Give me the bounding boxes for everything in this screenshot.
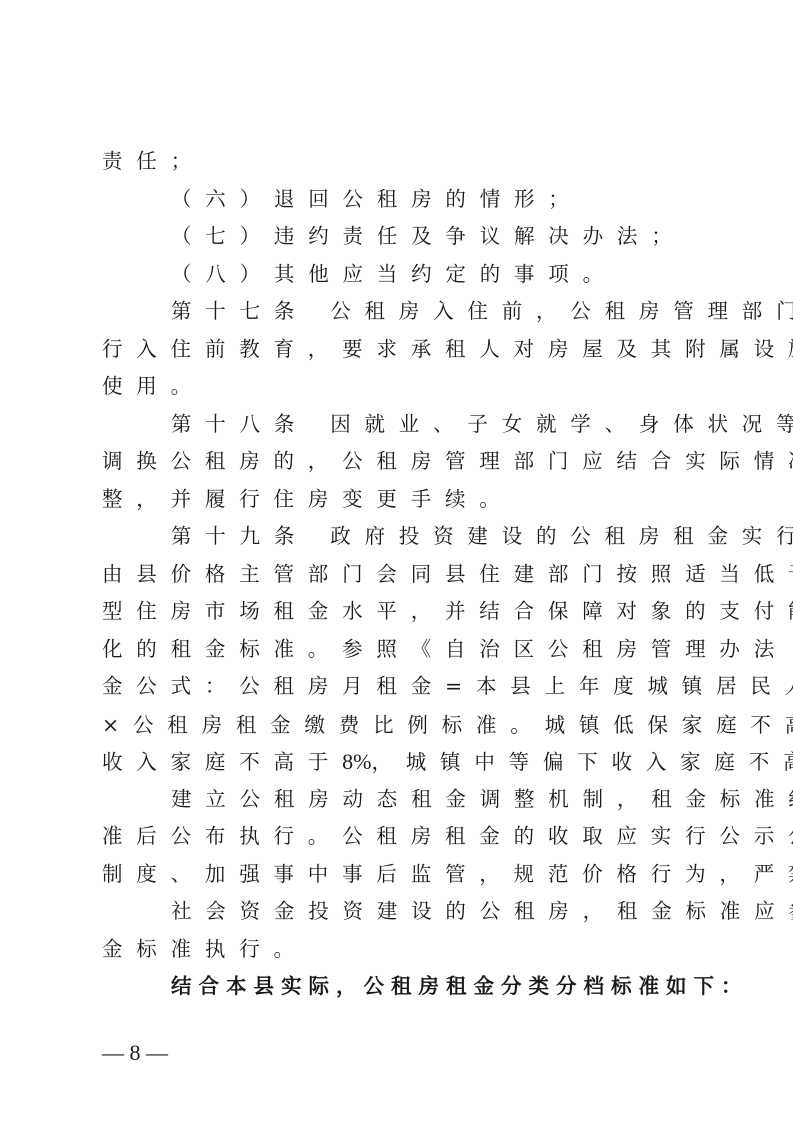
social-capital-line-1: 社会资金投资建设的公租房，租金标准应参照本办法的租 [102, 893, 692, 931]
percent-value: 8% [342, 749, 371, 774]
article-17-heading: 第十七条 [171, 299, 308, 323]
article-17-line-1: 第十七条公租房入住前，公租房管理部门须对承租人进 [102, 293, 692, 331]
dynamic-rent-line-3: 制度、加强事中事后监管，规范价格行为，严禁违法收费。 [102, 856, 692, 894]
page-number: — 8 — [102, 1040, 168, 1066]
article-18-line-3: 整，并履行住房变更手续。 [102, 481, 692, 519]
article-19-line-7: 收入家庭不高于8%，城镇中等偏下收入家庭不高于12%。 [102, 743, 692, 781]
article-19-line-5: 金公式：公租房月租金=本县上年度城镇居民人均可支配月收入 [102, 668, 692, 706]
article-19-line-1: 第十九条政府投资建设的公租房租金实行政府指导价， [102, 518, 692, 556]
article-18-line-1: 第十八条因就业、子女就学、身体状况等特殊原因需要 [102, 406, 692, 444]
article-17-line-3: 使用。 [102, 368, 692, 406]
list-item-8: （八）其他应当约定的事项。 [102, 256, 692, 294]
article-18-heading: 第十八条 [171, 412, 308, 436]
list-item-7: （七）违约责任及争议解决办法； [102, 218, 692, 256]
text-line: 责任； [102, 143, 692, 181]
bold-statement: 结合本县实际，公租房租金分类分档标准如下： [102, 968, 692, 1006]
article-19-line-2: 由县价格主管部门会同县住建部门按照适当低于同地段、同类 [102, 556, 692, 594]
document-page: 责任； （六）退回公租房的情形； （七）违约责任及争议解决办法； （八）其他应当… [102, 143, 692, 1006]
article-18-line-2: 调换公租房的，公租房管理部门应结合实际情况予以支持和调 [102, 443, 692, 481]
article-17-line-2: 行入住前教育，要求承租人对房屋及其附属设施设备正常合理 [102, 331, 692, 369]
dynamic-rent-line-2: 准后公布执行。公租房租金的收取应实行公示公告、统计报告 [102, 818, 692, 856]
social-capital-line-2: 金标准执行。 [102, 931, 692, 969]
dynamic-rent-line-1: 建立公租房动态租金调整机制，租金标准经县人民政府批 [102, 781, 692, 819]
article-19-heading: 第十九条 [171, 524, 308, 548]
list-item-6: （六）退回公租房的情形； [102, 181, 692, 219]
article-19-line-6: ×公租房租金缴费比例标准。城镇低保家庭不高于3%，城镇低 [102, 706, 692, 744]
article-19-line-3: 型住房市场租金水平，并结合保障对象的支付能力，实行差别 [102, 593, 692, 631]
article-19-line-4: 化的租金标准。参照《自治区公租房管理办法（试行）》关于租 [102, 631, 692, 669]
